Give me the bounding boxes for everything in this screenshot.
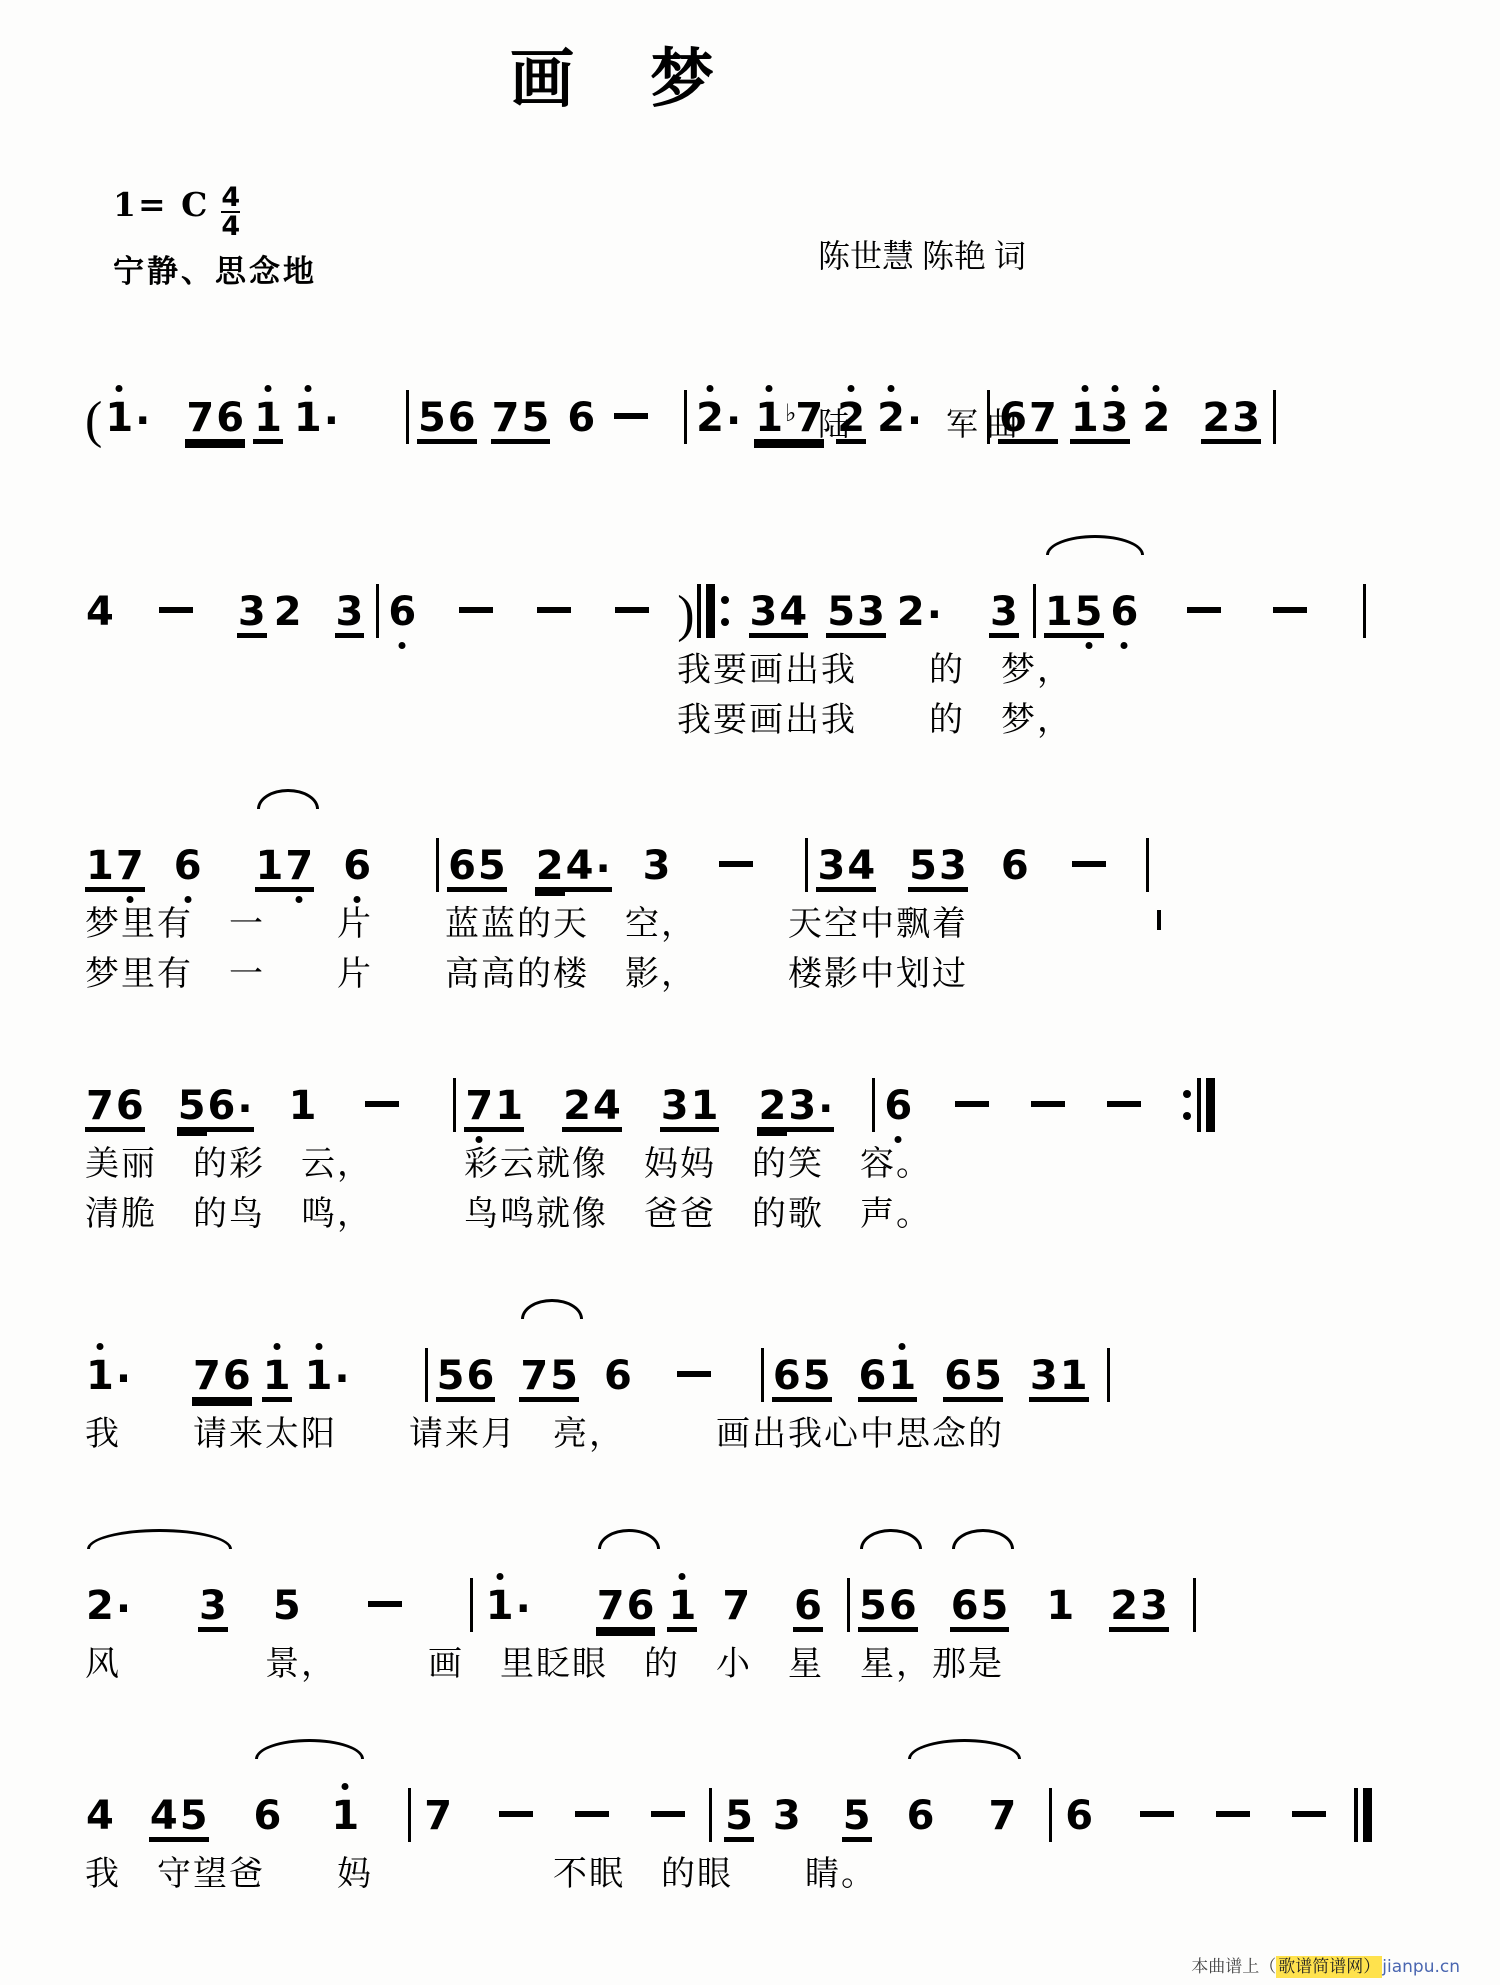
song-title: 画 梦 [0, 28, 1230, 120]
system-1: (1·7611·567562·1♭722·6713223 [85, 338, 1425, 444]
watermark-site-url: jianpu.cn [1382, 1957, 1460, 1977]
slur-arc [598, 1529, 660, 1549]
parenthesis: ) [677, 592, 694, 638]
barline [805, 838, 808, 892]
barline [684, 390, 687, 444]
note: 15 [1044, 591, 1104, 638]
slur-arc [952, 1529, 1014, 1549]
barline [376, 584, 379, 638]
octave-dot-low [399, 642, 406, 649]
note: 34 [749, 591, 809, 638]
repeat-end-icon [1177, 1078, 1215, 1132]
note: 6 [387, 591, 417, 638]
note: 6 [253, 1795, 283, 1842]
watermark-prefix: 本曲谱上（ [1191, 1957, 1276, 1977]
slur-arc [257, 789, 319, 809]
note: 56 [417, 397, 477, 444]
octave-dot-low [354, 896, 361, 903]
note: 6 [1064, 1795, 1094, 1842]
notation-line: 7656·171243123·6 [85, 1026, 1425, 1132]
dash-note [1216, 1795, 1250, 1842]
note: 61 [858, 1355, 918, 1402]
tempo-marking: 宁静、思念地 [113, 246, 317, 291]
octave-dot-high [1153, 385, 1160, 392]
barline [1107, 1348, 1110, 1402]
lyricist-credit: 陈世慧 陈艳 词 [818, 228, 1026, 284]
slur-arc [860, 1529, 922, 1549]
dash-note [575, 1795, 609, 1842]
dash-note [1140, 1795, 1174, 1842]
note: 6 [566, 397, 596, 444]
notation-line: 1·7611·5675665616531 [85, 1296, 1425, 1402]
parenthesis: ( [85, 398, 102, 444]
barline [470, 1578, 473, 1632]
note: 31 [660, 1085, 720, 1132]
octave-dot-high [766, 385, 773, 392]
note: 1· [485, 1585, 532, 1632]
dash-note [499, 1795, 533, 1842]
dash-note [1292, 1795, 1326, 1842]
lyric-line: 我 请来太阳 请来月 亮， 画出我心中思念的 [85, 1412, 1425, 1458]
dash-note [1107, 1085, 1141, 1132]
octave-dot-high [96, 1343, 103, 1350]
note: 2· [876, 397, 923, 444]
barline [761, 1348, 764, 1402]
note: 17 [255, 845, 315, 892]
octave-dot-low [296, 896, 303, 903]
watermark-highlight: 歌谱简谱网） [1276, 1956, 1382, 1978]
note: 3 [198, 1585, 228, 1632]
note: 65 [950, 1585, 1010, 1632]
dash-note [677, 1355, 711, 1402]
note: 76 [85, 1085, 145, 1132]
note: 53 [826, 591, 886, 638]
system-6: 2·351·761765665123风 景， 画 里眨眼 的 小 星 星，那是 [85, 1526, 1425, 1688]
system-7: 445617535676我 守望爸 妈 不眠 的眼 睛。 [85, 1736, 1425, 1898]
barline [872, 1078, 875, 1132]
note: 56 [436, 1355, 496, 1402]
note: 75 [519, 1355, 579, 1402]
note: 1 [262, 1355, 292, 1402]
dash-note [955, 1085, 989, 1132]
note: 6 [1000, 845, 1030, 892]
note: 3 [335, 591, 365, 638]
note: 24 [562, 1085, 622, 1132]
lyric-line: 清脆 的鸟 鸣， 鸟鸣就像 爸爸 的歌 声。 [85, 1192, 1425, 1238]
octave-dot-high [496, 1573, 503, 1580]
note: 45 [149, 1795, 209, 1842]
system-5: 1·7611·5675665616531我 请来太阳 请来月 亮， 画出我心中思… [85, 1296, 1425, 1458]
note: 2· [85, 1585, 132, 1632]
note: 34 [816, 845, 876, 892]
note: 6 [906, 1795, 936, 1842]
octave-dot-low [126, 896, 133, 903]
octave-dot-high [264, 385, 271, 392]
note: 3 [772, 1795, 802, 1842]
barline [453, 1078, 456, 1132]
octave-dot-high [342, 1783, 349, 1790]
note: 76 [185, 397, 245, 444]
dash-note [614, 397, 648, 444]
notation-line: 2·351·761765665123 [85, 1526, 1425, 1632]
dash-note [651, 1795, 685, 1842]
time-signature: 4 4 [221, 184, 240, 240]
note: 6 [1110, 591, 1140, 638]
note: 3 [642, 845, 672, 892]
barline [1363, 584, 1366, 638]
flat-icon: ♭ [785, 399, 796, 427]
dash-note [368, 1585, 402, 1632]
barline [709, 1788, 712, 1842]
dash-note [1031, 1085, 1065, 1132]
note: 76 [596, 1585, 656, 1632]
system-3: 1761766524·334536梦里有 一 片 蓝蓝的天 空， 天空中飘着梦里… [85, 786, 1425, 998]
slur-arc [908, 1739, 1021, 1759]
key-signature: 1= C [113, 185, 209, 224]
dash-note [719, 845, 753, 892]
note: 1· [85, 1355, 132, 1402]
meter-numerator: 4 [221, 184, 240, 211]
octave-dot-high [116, 385, 123, 392]
dash-note [365, 1085, 399, 1132]
note: 6 [173, 845, 203, 892]
note: 2 [273, 591, 303, 638]
breath-tick [1157, 910, 1161, 930]
note: 23· [757, 1085, 834, 1132]
note: 4 [85, 1795, 115, 1842]
notation-line: 43236)34532·3156 [85, 532, 1425, 638]
octave-dot-low [1085, 642, 1092, 649]
note: 71 [464, 1085, 524, 1132]
barline [1146, 838, 1149, 892]
octave-dot-high [888, 385, 895, 392]
system-2: 43236)34532·3156我要画出我 的 梦，我要画出我 的 梦， [85, 532, 1425, 744]
octave-dot-high [273, 1343, 280, 1350]
notation-line: (1·7611·567562·1♭722·6713223 [85, 338, 1425, 444]
note: 2 [1142, 397, 1172, 444]
note: 7 [721, 1585, 751, 1632]
note: 1 [253, 397, 283, 444]
note: 7 [987, 1795, 1017, 1842]
lyric-line: 我要画出我 的 梦， [677, 648, 1425, 694]
octave-dot-high [707, 385, 714, 392]
note: 6 [883, 1085, 913, 1132]
final-barline [1354, 1788, 1372, 1842]
barline [1049, 1788, 1052, 1842]
octave-dot-high [899, 1343, 906, 1350]
note: 75 [491, 397, 551, 444]
note: 56· [177, 1085, 254, 1132]
barline [406, 390, 409, 444]
lyric-line: 梦里有 一 片 高高的楼 影， 楼影中划过 [85, 952, 1425, 998]
note: 65 [772, 1355, 832, 1402]
meter-denominator: 4 [221, 211, 240, 240]
note: 76 [192, 1355, 252, 1402]
dash-note [537, 591, 571, 638]
slur-arc [87, 1529, 232, 1549]
repeat-begin-icon [697, 584, 735, 638]
note: 17 [85, 845, 145, 892]
note: 2 [836, 397, 866, 444]
note: 7 [423, 1795, 453, 1842]
note: 13 [1070, 397, 1130, 444]
dash-note [1273, 591, 1307, 638]
barline [1033, 584, 1036, 638]
octave-dot-high [848, 385, 855, 392]
octave-dot-low [895, 1136, 902, 1143]
lyric-line: 我要画出我 的 梦， [677, 698, 1425, 744]
lyric-line: 美丽 的彩 云， 彩云就像 妈妈 的笑 容。 [85, 1142, 1425, 1188]
note: 23 [1201, 397, 1261, 444]
barline [1273, 390, 1276, 444]
note: 24· [535, 845, 612, 892]
note: 65 [447, 845, 507, 892]
note: 1 [1045, 1585, 1075, 1632]
octave-dot-high [1111, 385, 1118, 392]
lyric-line: 梦里有 一 片 蓝蓝的天 空， 天空中飘着 [85, 902, 1425, 948]
note: 1♭7 [754, 397, 824, 444]
barline [408, 1788, 411, 1842]
note: 53 [908, 845, 968, 892]
note: 2· [896, 591, 943, 638]
sheet-music-page: 画 梦 陈世慧 陈艳 词 陆 军 曲 1= C 4 4 宁静、思念地 (1·76… [0, 0, 1500, 1985]
notation-line: 445617535676 [85, 1736, 1425, 1842]
octave-dot-high [304, 385, 311, 392]
note: 31 [1029, 1355, 1089, 1402]
note: 1· [304, 1355, 351, 1402]
dash-note [1187, 591, 1221, 638]
note: 1 [288, 1085, 318, 1132]
note: 5 [272, 1585, 302, 1632]
note: 4 [85, 591, 115, 638]
octave-dot-low [476, 1136, 483, 1143]
slur-arc [255, 1739, 364, 1759]
note: 1 [330, 1795, 360, 1842]
octave-dot-high [315, 1343, 322, 1350]
lyric-line: 我 守望爸 妈 不眠 的眼 睛。 [85, 1852, 1425, 1898]
note: 3 [989, 591, 1019, 638]
lyric-line: 风 景， 画 里眨眼 的 小 星 星，那是 [85, 1642, 1425, 1688]
key-time-signature: 1= C 4 4 [113, 176, 240, 232]
slur-arc [521, 1299, 583, 1319]
system-4: 7656·171243123·6美丽 的彩 云， 彩云就像 妈妈 的笑 容。清脆… [85, 1026, 1425, 1238]
note: 5 [724, 1795, 754, 1842]
note: 6 [793, 1585, 823, 1632]
note: 1 [667, 1585, 697, 1632]
octave-dot-low [1121, 642, 1128, 649]
note: 56 [858, 1585, 918, 1632]
notation-line: 1761766524·334536 [85, 786, 1425, 892]
note: 67 [998, 397, 1058, 444]
note: 6 [342, 845, 372, 892]
note: 3 [237, 591, 267, 638]
barline [987, 390, 990, 444]
dash-note [159, 591, 193, 638]
note: 1· [104, 397, 151, 444]
watermark: 本曲谱上（歌谱简谱网）jianpu.cn [1191, 1952, 1460, 1977]
note: 2· [695, 397, 742, 444]
slur-arc [1046, 535, 1144, 555]
barline [436, 838, 439, 892]
barline [425, 1348, 428, 1402]
dash-note [1072, 845, 1106, 892]
barline [1193, 1578, 1196, 1632]
note: 23 [1109, 1585, 1169, 1632]
dash-note [615, 591, 649, 638]
octave-dot-high [1081, 385, 1088, 392]
note: 1· [293, 397, 340, 444]
octave-dot-low [184, 896, 191, 903]
note: 5 [842, 1795, 872, 1842]
dash-note [459, 591, 493, 638]
note: 65 [943, 1355, 1003, 1402]
barline [847, 1578, 850, 1632]
octave-dot-high [679, 1573, 686, 1580]
note: 6 [603, 1355, 633, 1402]
